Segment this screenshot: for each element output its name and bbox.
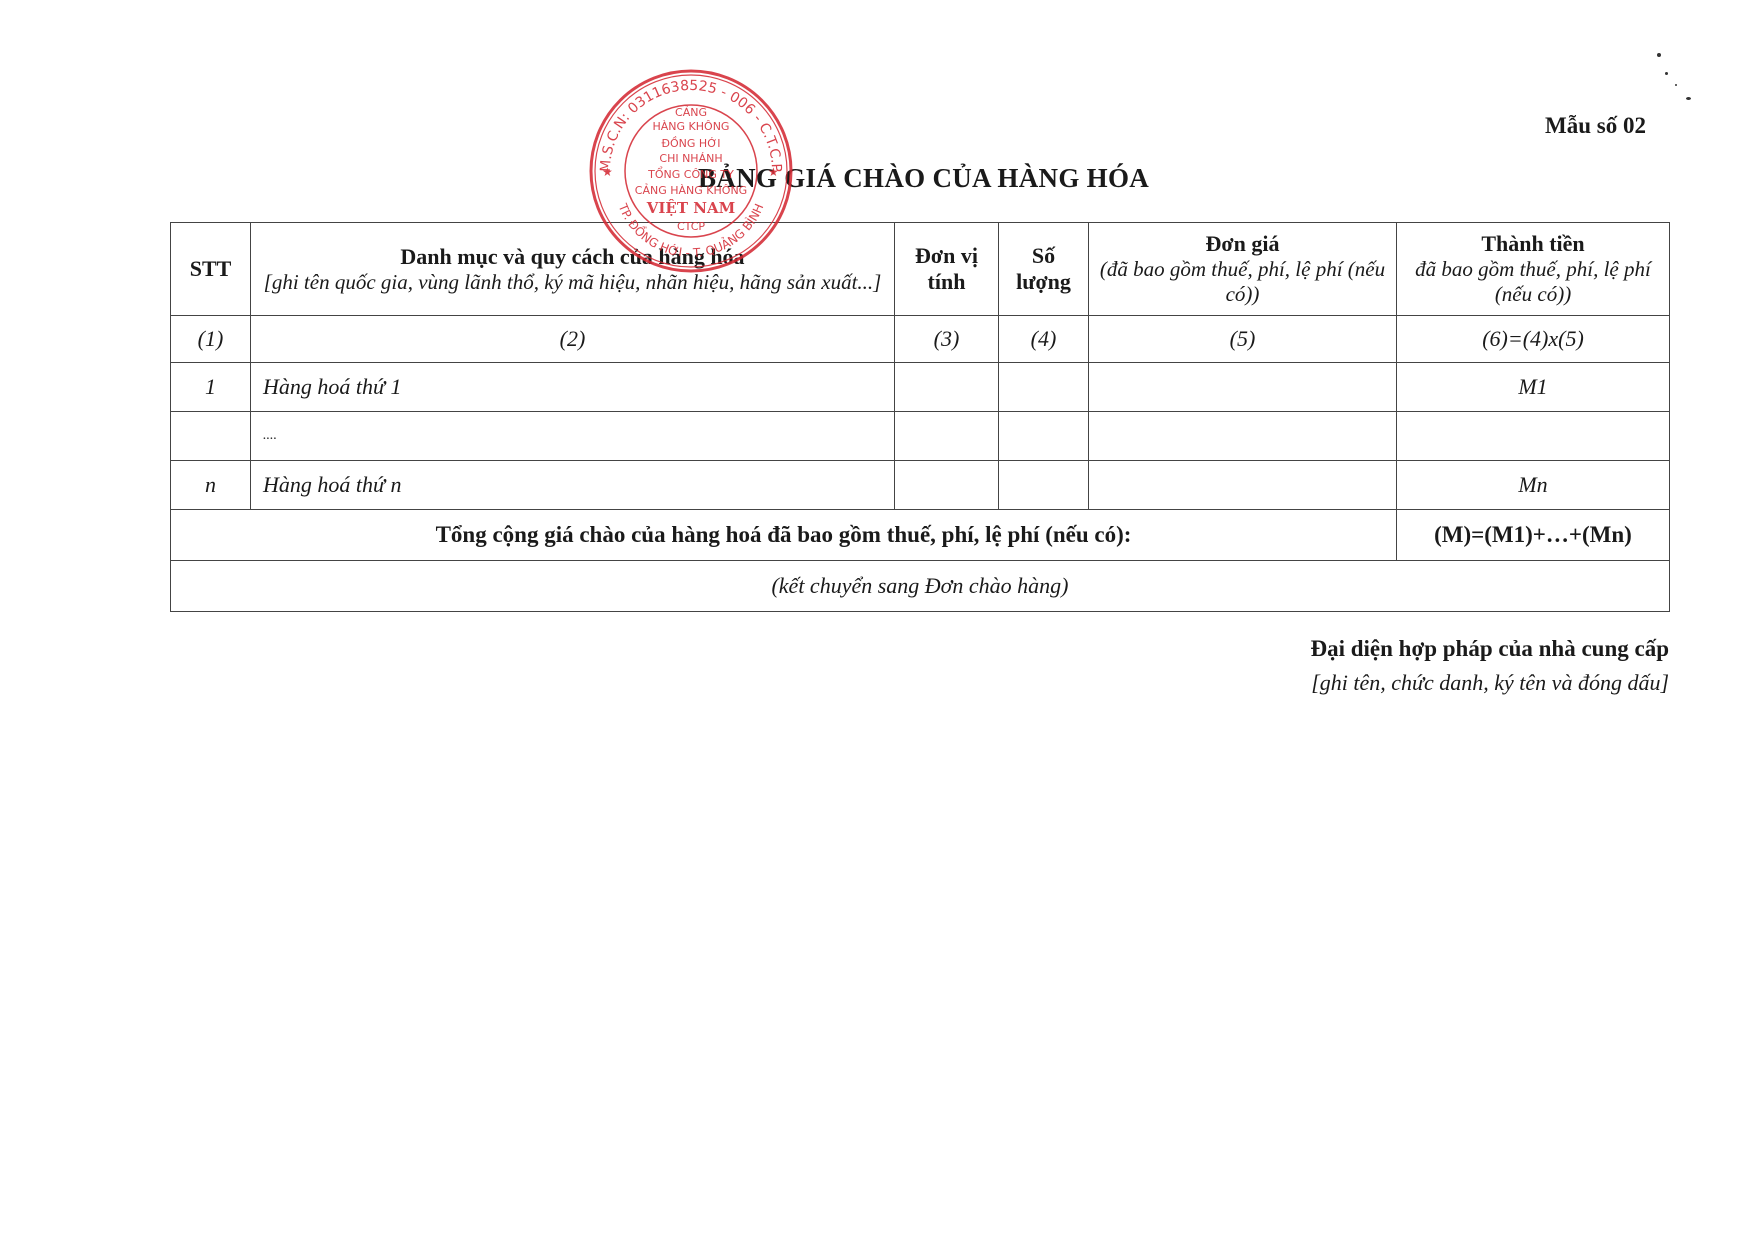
scan-speck	[1657, 53, 1661, 57]
signature-title: Đại diện hợp pháp của nhà cung cấp	[1311, 636, 1670, 662]
item-name-cell: Hàng hoá thứ 1	[251, 363, 895, 412]
svg-text:HÀNG KHÔNG: HÀNG KHÔNG	[653, 120, 730, 133]
scan-speck	[1665, 72, 1668, 75]
item-name-cell: ....	[251, 412, 895, 461]
total-label: Tổng cộng giá chào của hàng hoá đã bao g…	[171, 510, 1397, 561]
header-quantity: Số lượng	[999, 223, 1089, 316]
amount-cell: Mn	[1397, 461, 1670, 510]
quantity-cell	[999, 363, 1089, 412]
scan-speck	[1675, 84, 1677, 86]
table-row: 1 Hàng hoá thứ 1 M1	[171, 363, 1670, 412]
index-cell: (6)=(4)x(5)	[1397, 316, 1670, 363]
amount-cell	[1397, 412, 1670, 461]
amount-cell: M1	[1397, 363, 1670, 412]
unit-price-cell	[1089, 412, 1397, 461]
index-cell: (2)	[251, 316, 895, 363]
quantity-cell	[999, 461, 1089, 510]
column-index-row: (1) (2) (3) (4) (5) (6)=(4)x(5)	[171, 316, 1670, 363]
signature-note: [ghi tên, chức danh, ký tên và đóng dấu]	[1311, 670, 1669, 696]
svg-text:ĐỒNG HỚI: ĐỒNG HỚI	[662, 136, 721, 150]
header-unit-price: Đơn giá (đã bao gồm thuế, phí, lệ phí (n…	[1089, 223, 1397, 316]
unit-cell	[895, 461, 999, 510]
svg-text:VIỆT NAM: VIỆT NAM	[646, 199, 735, 217]
stt-cell: 1	[171, 363, 251, 412]
item-name-cell: Hàng hoá thứ n	[251, 461, 895, 510]
stt-cell	[171, 412, 251, 461]
table-row: n Hàng hoá thứ n Mn	[171, 461, 1670, 510]
scan-speck	[1686, 97, 1691, 100]
form-number: Mẫu số 02	[1545, 113, 1646, 139]
header-item-description: Danh mục và quy cách của hàng hóa [ghi t…	[251, 223, 895, 316]
index-cell: (3)	[895, 316, 999, 363]
stt-cell: n	[171, 461, 251, 510]
table-row: ....	[171, 412, 1670, 461]
quote-table: STT Danh mục và quy cách của hàng hóa [g…	[170, 222, 1670, 612]
unit-cell	[895, 412, 999, 461]
stamp-outer-text: M.S.C.N: 0311638525 - 006 - C.T.C.P	[598, 78, 784, 172]
index-cell: (5)	[1089, 316, 1397, 363]
svg-text:CẢNG: CẢNG	[675, 105, 707, 119]
unit-price-cell	[1089, 363, 1397, 412]
star-icon: ★	[602, 165, 613, 179]
header-stt: STT	[171, 223, 251, 316]
page-title: BẢNG GIÁ CHÀO CỦA HÀNG HÓA	[698, 163, 1149, 194]
carry-over-note: (kết chuyển sang Đơn chào hàng)	[171, 561, 1670, 612]
header-unit: Đơn vị tính	[895, 223, 999, 316]
total-value: (M)=(M1)+…+(Mn)	[1397, 510, 1670, 561]
total-row: Tổng cộng giá chào của hàng hoá đã bao g…	[171, 510, 1670, 561]
carry-over-row: (kết chuyển sang Đơn chào hàng)	[171, 561, 1670, 612]
quantity-cell	[999, 412, 1089, 461]
header-amount: Thành tiền đã bao gồm thuế, phí, lệ phí …	[1397, 223, 1670, 316]
unit-price-cell	[1089, 461, 1397, 510]
unit-cell	[895, 363, 999, 412]
index-cell: (4)	[999, 316, 1089, 363]
index-cell: (1)	[171, 316, 251, 363]
table-header-row: STT Danh mục và quy cách của hàng hóa [g…	[171, 223, 1670, 316]
